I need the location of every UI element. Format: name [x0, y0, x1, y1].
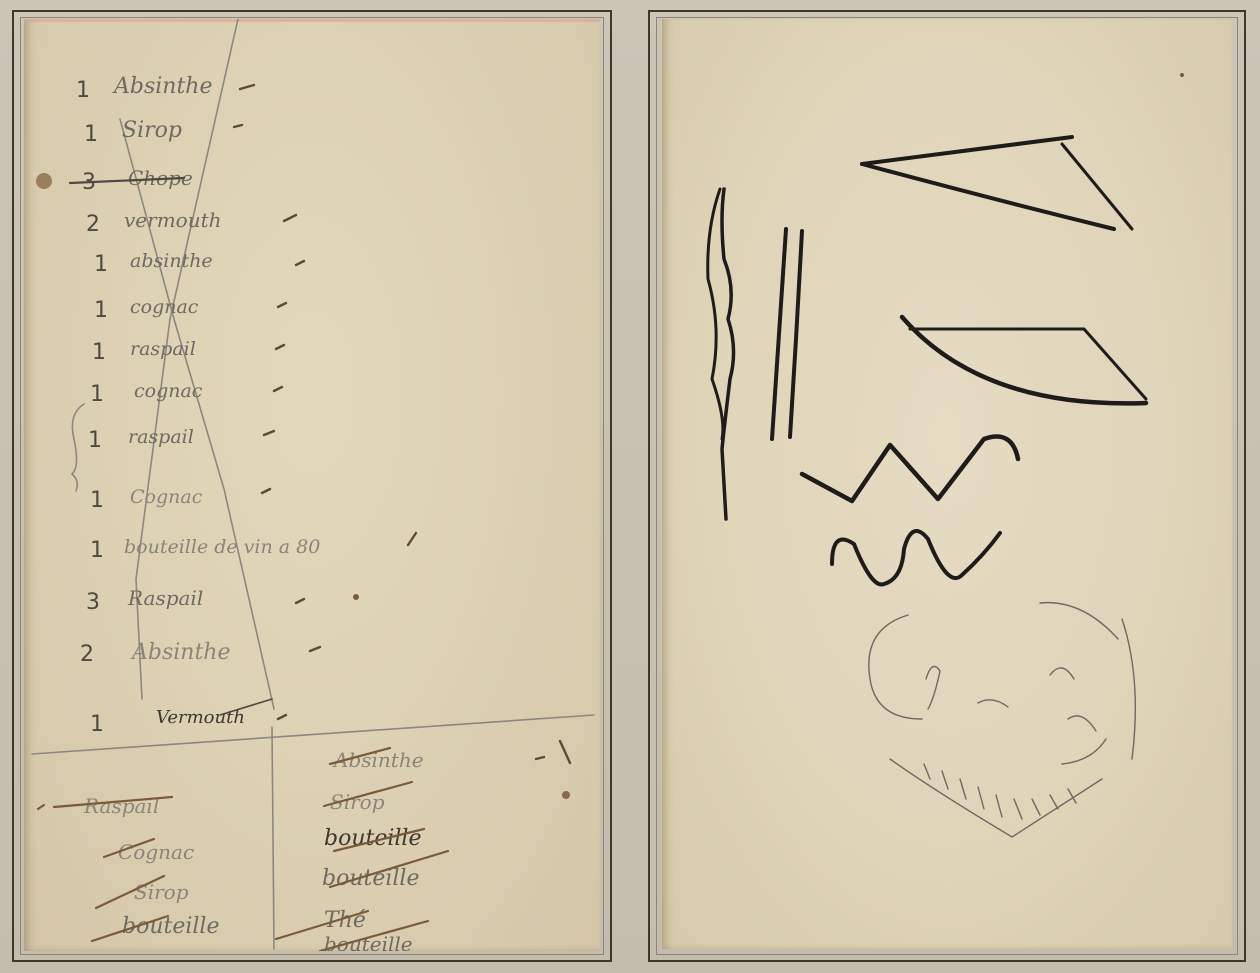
face-eye-right	[1050, 668, 1074, 679]
zigzag-stroke	[802, 437, 1018, 502]
strike-line	[38, 805, 44, 809]
qty: 1	[90, 488, 104, 513]
item: Thé	[324, 908, 366, 933]
triangle-right-edge	[1062, 144, 1132, 229]
double-line-2	[790, 231, 802, 437]
item: Absinthe	[112, 74, 213, 99]
main-list: 1 Absinthe 1 Sirop 3 Chope 2 vermouth 1 …	[36, 74, 416, 737]
ink-dash	[278, 715, 286, 719]
item: Raspail	[127, 586, 203, 610]
item: bouteille de vin a 80	[124, 536, 320, 558]
item: Cognac	[130, 486, 203, 508]
qty: 1	[84, 122, 98, 147]
wave-stroke	[832, 531, 1000, 585]
qty: 2	[86, 212, 100, 237]
ragged-stroke-right	[722, 189, 734, 519]
ink-dash	[262, 489, 270, 493]
bottom-right-list: Absinthe Sirop bouteille bouteille Thé b…	[276, 741, 570, 951]
ink-dash	[296, 261, 304, 265]
curved-triangle-edges	[910, 329, 1146, 399]
ink-dash	[284, 215, 296, 221]
bottom-left-list: Raspail Cognac Sirop bouteille	[38, 794, 220, 941]
face-outline-right	[1122, 619, 1135, 759]
face-nose	[978, 700, 1008, 707]
ink-dot	[562, 791, 570, 799]
ink-stain	[36, 173, 52, 189]
item: Raspail	[83, 794, 159, 818]
divider-horizontal	[32, 715, 594, 754]
item: Absinthe	[130, 640, 231, 665]
qty: 1	[94, 298, 108, 323]
ink-dash	[240, 85, 254, 89]
qty: 1	[94, 252, 108, 277]
left-page-drawing: 1 Absinthe 1 Sirop 3 Chope 2 vermouth 1 …	[24, 19, 600, 951]
item: raspail	[128, 426, 194, 448]
face-eye-left	[926, 667, 940, 710]
item: Cognac	[118, 840, 194, 864]
item: vermouth	[124, 208, 222, 232]
qty: 1	[90, 382, 104, 407]
item: Sirop	[122, 118, 182, 143]
item: bouteille	[324, 932, 413, 951]
ink-dash	[278, 303, 286, 307]
ink-dash	[276, 345, 284, 349]
face-brow-right	[1040, 603, 1118, 639]
ink-dot	[353, 594, 359, 600]
item: absinthe	[130, 250, 213, 272]
qty: 3	[86, 590, 100, 615]
ink-dash	[408, 533, 416, 545]
divider-vertical	[272, 727, 274, 949]
right-sketch-page	[662, 19, 1232, 949]
ink-mark	[536, 757, 544, 759]
face-sketch	[869, 603, 1136, 837]
face-chin-outline	[890, 759, 1102, 837]
ink-dash	[274, 387, 282, 391]
qty: 1	[92, 340, 106, 365]
item: cognac	[130, 296, 199, 318]
right-page-drawing	[662, 19, 1232, 949]
qty: 1	[88, 428, 102, 453]
double-line-1	[772, 229, 786, 439]
ink-dash	[310, 647, 320, 651]
face-jaw	[1062, 739, 1106, 764]
face-outline-left	[869, 615, 922, 719]
ink-dash	[234, 125, 242, 127]
item: raspail	[130, 338, 196, 360]
face-mouth	[1068, 716, 1096, 731]
specks	[1180, 73, 1184, 77]
ink-mark	[560, 741, 570, 763]
item: bouteille	[322, 866, 420, 891]
item: cognac	[134, 380, 203, 402]
ink-dash	[296, 599, 304, 603]
ink-dash	[264, 431, 274, 435]
item: Sirop	[134, 880, 189, 904]
item: Vermouth	[156, 707, 245, 728]
triangle-bottom-edge	[862, 164, 1114, 229]
triangle-top-edge	[862, 137, 1072, 164]
qty: 1	[76, 78, 90, 103]
item: bouteille	[324, 826, 422, 851]
qty: 2	[80, 642, 94, 667]
qty: 1	[90, 538, 104, 563]
left-sketch-page: 1 Absinthe 1 Sirop 3 Chope 2 vermouth 1 …	[24, 19, 600, 951]
curly-brace	[72, 404, 84, 491]
qty: 1	[90, 712, 104, 737]
